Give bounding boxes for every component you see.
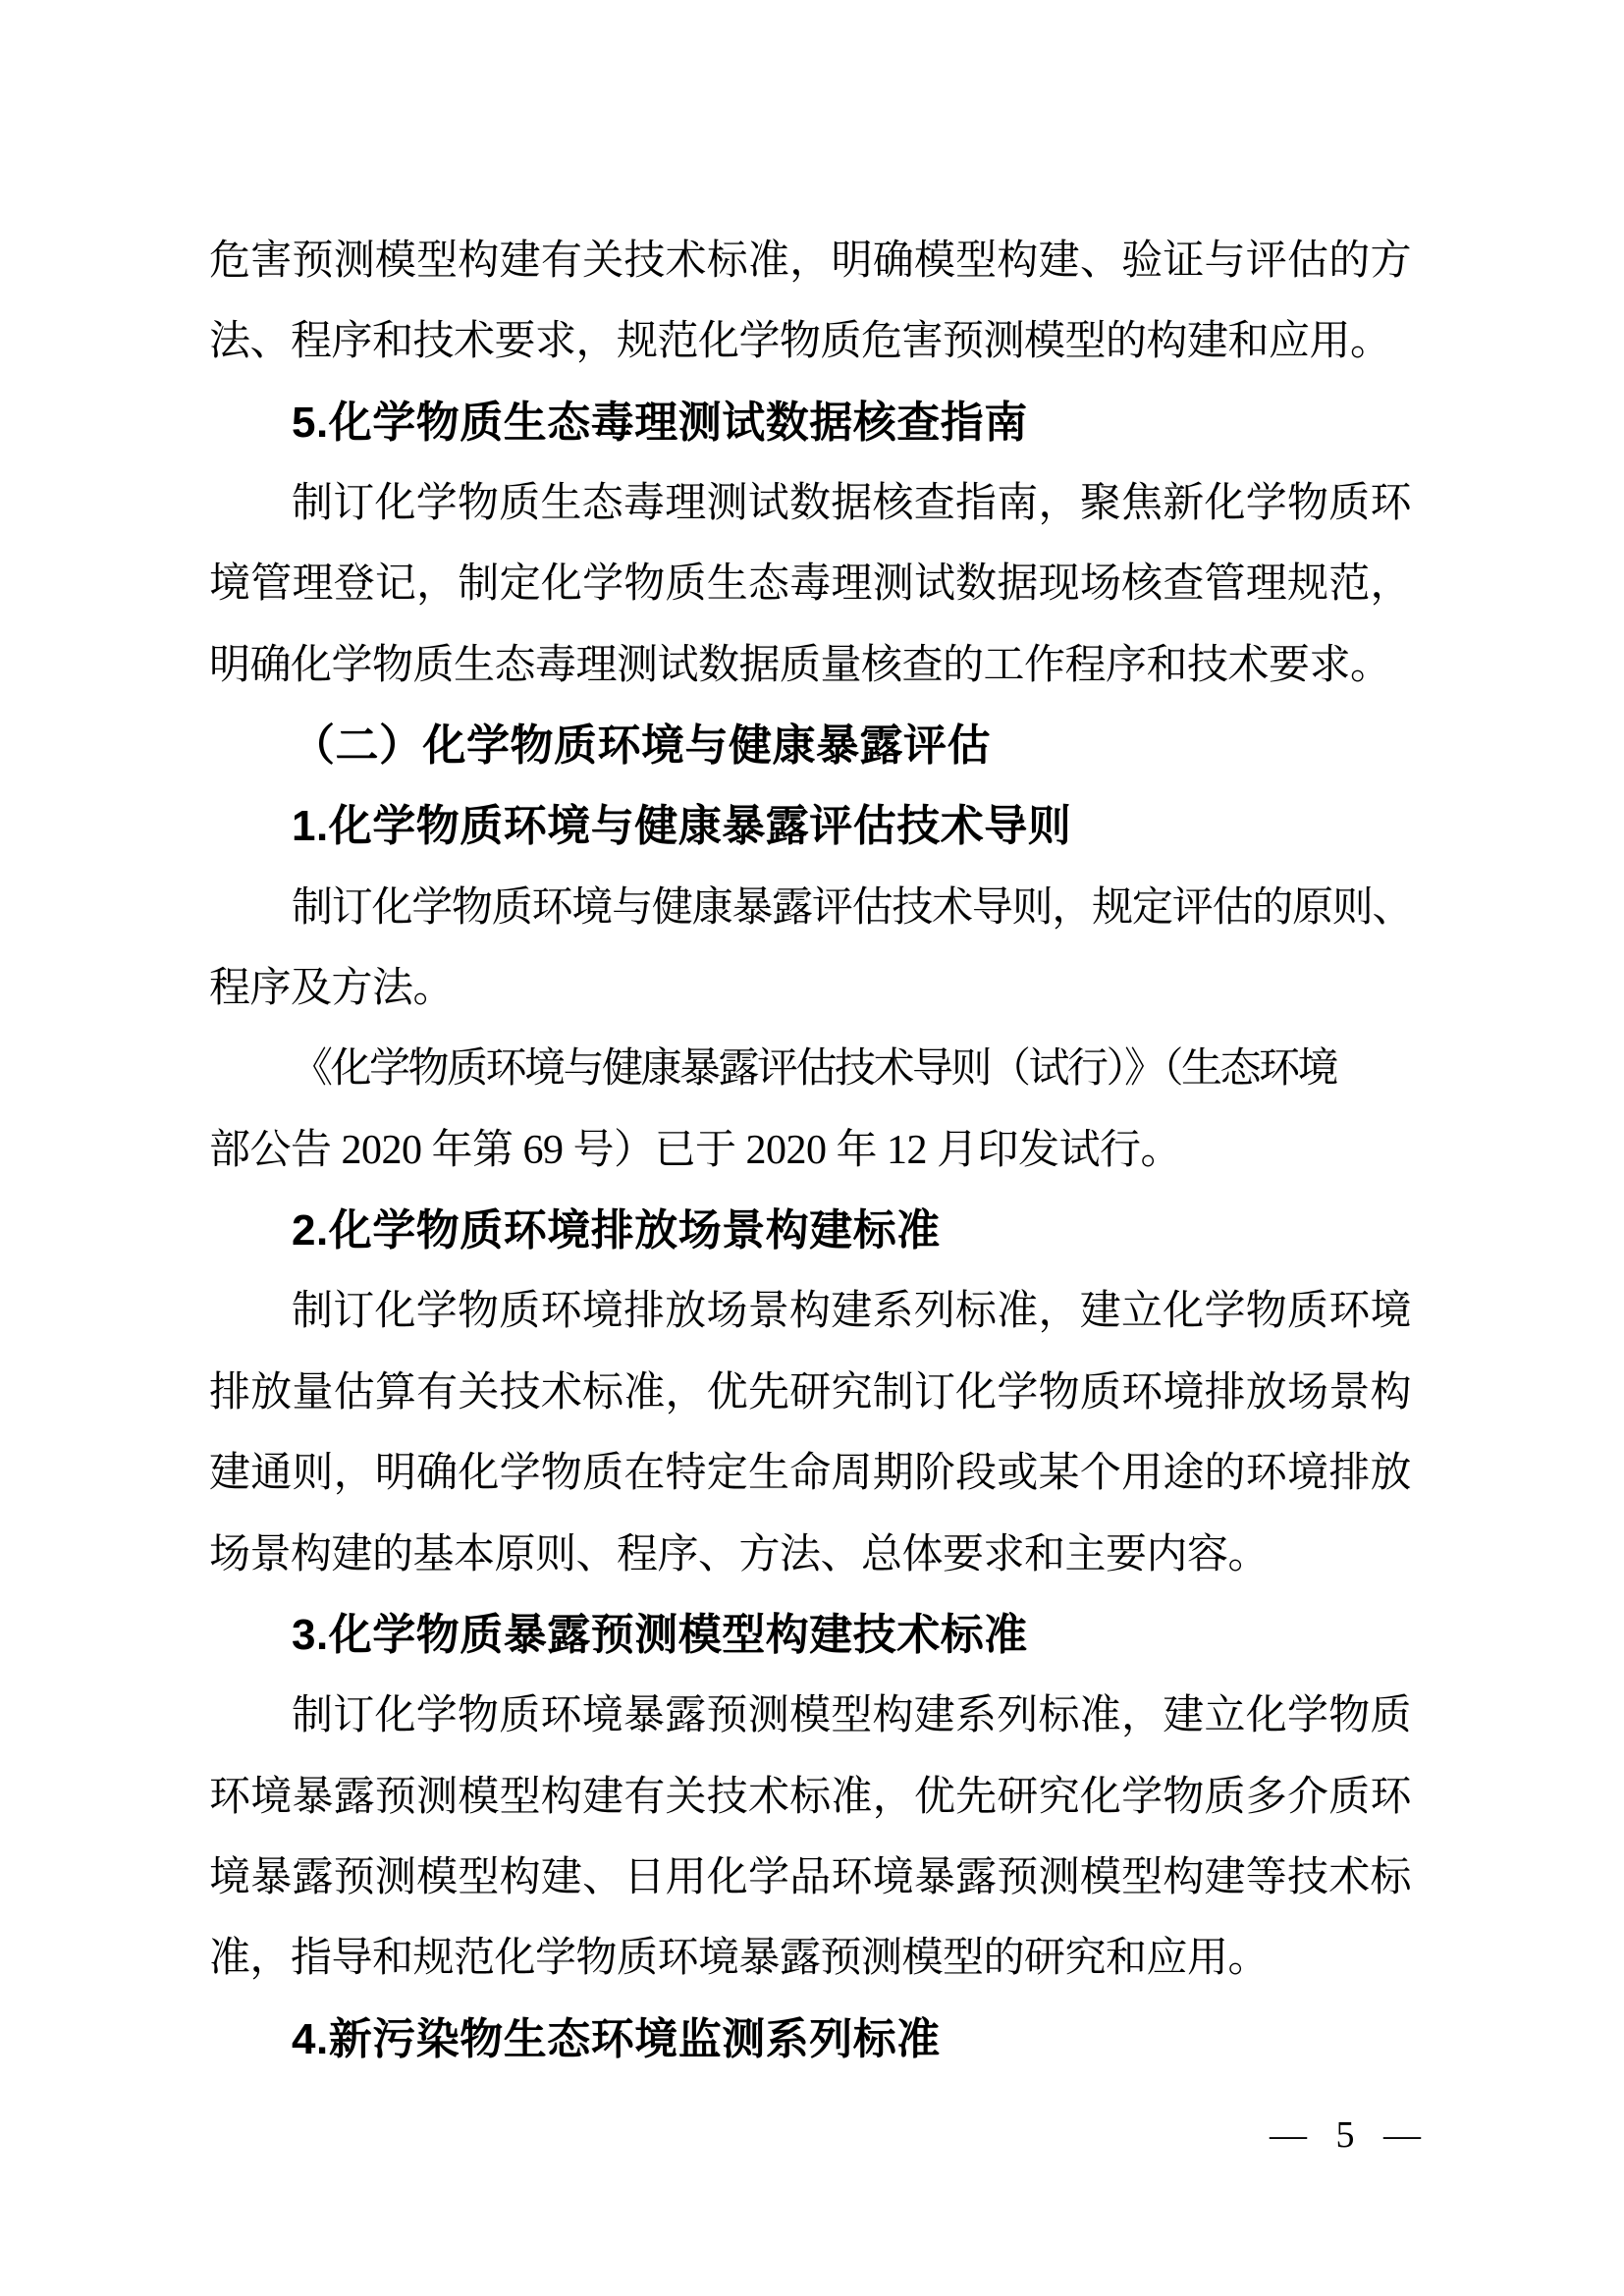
body-text-line: 危害预测模型构建有关技术标准，明确模型构建、验证与评估的方 [209,221,1411,301]
heading-item-5-ecotox-data-review: 5.化学物质生态毒理测试数据核查指南 [209,383,1411,463]
body-text-line: 《化学物质环境与健康暴露评估技术导则（试行）》（生态环境 [209,1029,1411,1109]
body-text-line: 环境暴露预测模型构建有关技术标准，优先研究化学物质多介质环 [209,1757,1411,1838]
body-text-line: 部公告 2020 年第 69 号）已于 2020 年 12 月印发试行。 [209,1110,1411,1191]
document-page: 危害预测模型构建有关技术标准，明确模型构建、验证与评估的方 法、程序和技术要求，… [0,0,1624,2296]
body-text-line: 场景构建的基本原则、程序、方法、总体要求和主要内容。 [209,1515,1411,1595]
body-text-line: 排放量估算有关技术标准，优先研究制订化学物质环境排放场景构 [209,1353,1411,1433]
heading-item-1-exposure-guideline: 1.化学物质环境与健康暴露评估技术导则 [209,786,1411,867]
heading-item-2-emission-scenario: 2.化学物质环境排放场景构建标准 [209,1191,1411,1271]
page-number: — 5 — [1270,2110,1421,2160]
body-text-line: 制订化学物质环境排放场景构建系列标准，建立化学物质环境 [209,1271,1411,1352]
body-text-line: 制订化学物质生态毒理测试数据核查指南，聚焦新化学物质环 [209,463,1411,544]
body-text-line: 法、程序和技术要求，规范化学物质危害预测模型的构建和应用。 [209,301,1411,382]
heading-item-3-exposure-model: 3.化学物质暴露预测模型构建技术标准 [209,1595,1411,1676]
body-text-line: 程序及方法。 [209,948,1411,1029]
body-text-line: 建通则，明确化学物质在特定生命周期阶段或某个用途的环境排放 [209,1433,1411,1514]
body-text-line: 明确化学物质生态毒理测试数据质量核查的工作程序和技术要求。 [209,625,1411,706]
body-text-line: 境管理登记，制定化学物质生态毒理测试数据现场核查管理规范， [209,544,1411,624]
body-text-line: 制订化学物质环境暴露预测模型构建系列标准，建立化学物质 [209,1676,1411,1756]
heading-section-2-exposure-assessment: （二）化学物质环境与健康暴露评估 [209,706,1411,786]
body-text-line: 境暴露预测模型构建、日用化学品环境暴露预测模型构建等技术标 [209,1838,1411,1918]
heading-item-4-monitoring-standards: 4.新污染物生态环境监测系列标准 [209,2000,1411,2080]
document-body: 危害预测模型构建有关技术标准，明确模型构建、验证与评估的方 法、程序和技术要求，… [209,221,1411,2080]
body-text-line: 制订化学物质环境与健康暴露评估技术导则，规定评估的原则、 [209,868,1411,948]
body-text-line: 准，指导和规范化学物质环境暴露预测模型的研究和应用。 [209,1918,1411,1999]
